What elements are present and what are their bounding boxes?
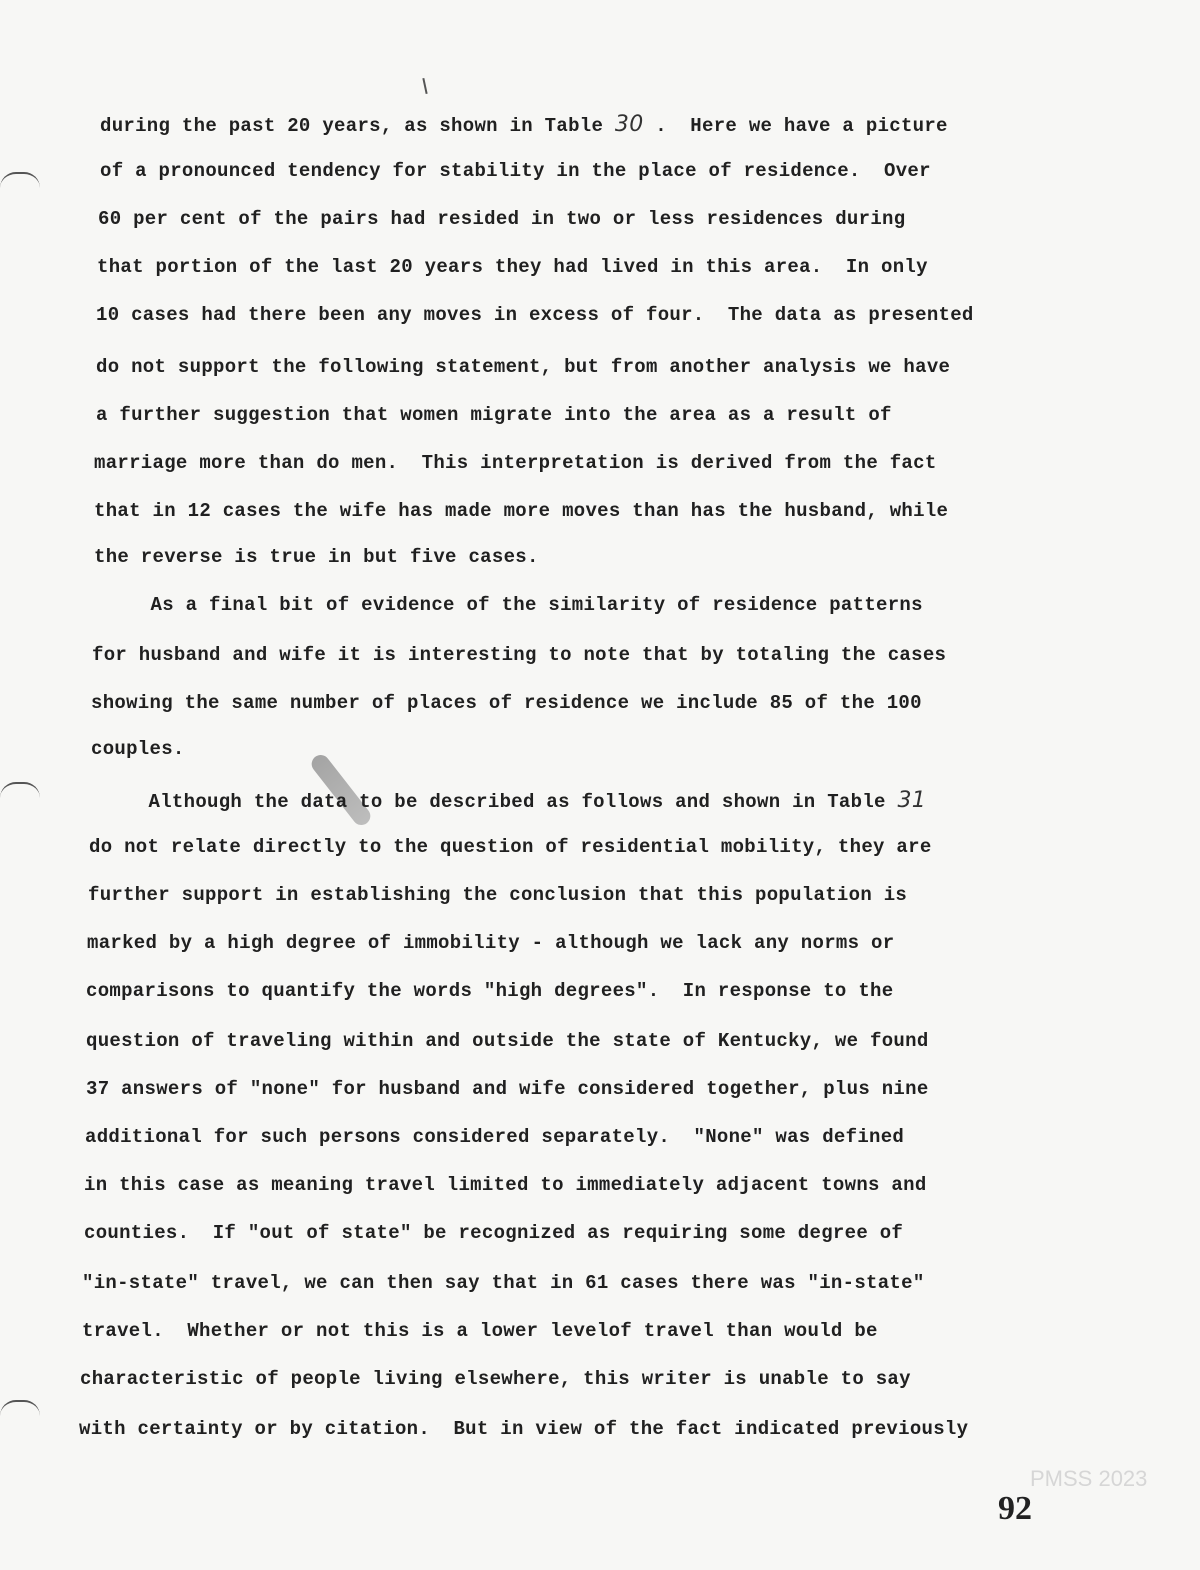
text-line: of a pronounced tendency for stability i…	[100, 160, 931, 182]
text-line: 10 cases had there been any moves in exc…	[96, 304, 974, 326]
punch-hole-mark	[0, 1400, 40, 1416]
text-line: marriage more than do men. This interpre…	[94, 452, 937, 474]
text-line: Although the data to be described as fol…	[90, 788, 926, 813]
punch-hole-mark	[0, 172, 40, 188]
text-line: that portion of the last 20 years they h…	[97, 256, 928, 278]
text-line: showing the same number of places of res…	[91, 692, 922, 714]
text-line: couples.	[91, 738, 185, 760]
watermark: PMSS 2023	[1030, 1466, 1147, 1492]
text-line: travel. Whether or not this is a lower l…	[82, 1320, 878, 1342]
text-line: a further suggestion that women migrate …	[96, 404, 892, 426]
text-line: further support in establishing the conc…	[88, 884, 907, 906]
text-line: question of traveling within and outside…	[86, 1030, 929, 1052]
text-line: in this case as meaning travel limited t…	[84, 1174, 927, 1196]
text-line: As a final bit of evidence of the simila…	[92, 594, 923, 616]
punch-hole-mark	[0, 782, 40, 798]
handwritten-table-number: 31	[897, 788, 926, 813]
text-line: do not support the following statement, …	[96, 356, 950, 378]
text-line: do not relate directly to the question o…	[89, 836, 932, 858]
text-line: with certainty or by citation. But in vi…	[79, 1418, 968, 1440]
text-line: counties. If "out of state" be recognize…	[84, 1222, 903, 1244]
document-page: during the past 20 years, as shown in Ta…	[0, 0, 1200, 1570]
text-line: "in-state" travel, we can then say that …	[82, 1272, 925, 1294]
page-number: 92	[998, 1490, 1032, 1528]
text-line: marked by a high degree of immobility - …	[87, 932, 894, 954]
text-line: the reverse is true in but five cases.	[94, 546, 539, 568]
pen-mark	[422, 78, 427, 94]
text-line: 37 answers of "none" for husband and wif…	[86, 1078, 929, 1100]
text-line: during the past 20 years, as shown in Ta…	[100, 112, 948, 137]
text-line: 60 per cent of the pairs had resided in …	[98, 208, 905, 230]
handwritten-table-number: 30	[615, 112, 644, 137]
text-line: comparisons to quantify the words "high …	[86, 980, 893, 1002]
text-line: characteristic of people living elsewher…	[80, 1368, 911, 1390]
text-line: for husband and wife it is interesting t…	[92, 644, 946, 666]
text-line: that in 12 cases the wife has made more …	[94, 500, 948, 522]
text-line: additional for such persons considered s…	[85, 1126, 904, 1148]
